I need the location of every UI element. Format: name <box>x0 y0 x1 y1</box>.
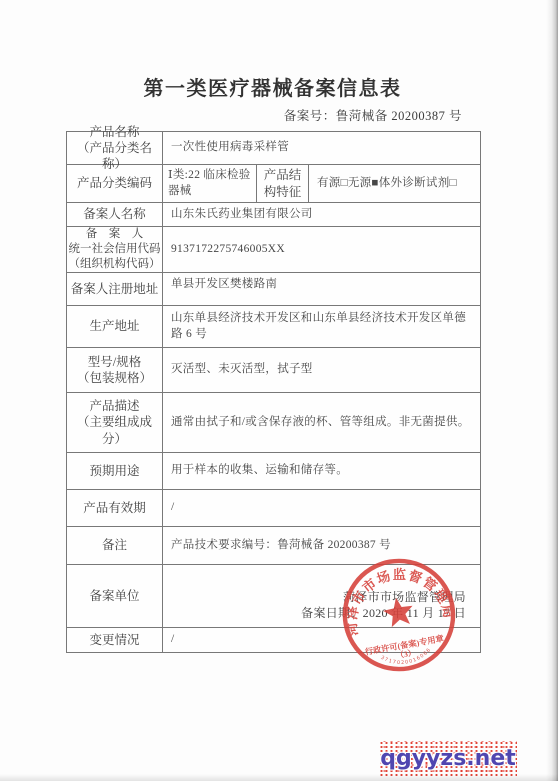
document-page: 第一类医疗器械备案信息表 备案号：鲁菏械备 20200387 号 产品名称 （产… <box>0 0 558 781</box>
table-row-registrant-name: 备案人名称 山东朱氏药业集团有限公司 <box>67 203 480 227</box>
row-value: 产品技术要求编号：鲁菏械备 20200387 号 <box>163 527 480 564</box>
row-label: 备注 <box>67 527 163 564</box>
site-watermark: qgyyzs.net <box>379 741 517 776</box>
row-value: 通常由拭子和/或含保存液的杯、管等组成。非无菌提供。 <box>163 393 480 452</box>
row-value-structure-checkboxes: 有源□无源■体外诊断试剂□ <box>309 165 480 202</box>
row-label: 产品描述 （主要组成成分） <box>67 393 163 452</box>
row-value: 单县开发区樊楼路南 <box>163 273 480 305</box>
table-row-product-description: 产品描述 （主要组成成分） 通常由拭子和/或含保存液的杯、管等组成。非无菌提供。 <box>67 393 480 453</box>
row-value: 灭活型、未灭活型，拭子型 <box>163 348 480 392</box>
table-row-validity-period: 产品有效期 / <box>67 490 480 527</box>
row-value: 山东单县经济技术开发区和山东单县经济技术开发区单德路 6 号 <box>163 306 480 347</box>
row-label: 备案人注册地址 <box>67 273 163 305</box>
table-row-product-name: 产品名称 （产品分类名称） 一次性使用病毒采样管 <box>67 132 480 165</box>
row-value: / <box>163 490 480 526</box>
row-label: 产品有效期 <box>67 490 163 526</box>
table-row-remarks: 备注 产品技术要求编号：鲁菏械备 20200387 号 <box>67 527 480 565</box>
table-row-model-spec: 型号/规格 （包装规格） 灭活型、未灭活型，拭子型 <box>67 348 480 393</box>
scan-edge-bottom <box>0 774 558 781</box>
table-row-intended-use: 预期用途 用于样本的收集、运输和储存等。 <box>67 453 480 490</box>
row-label-structure: 产品结 构特征 <box>257 165 309 202</box>
row-value: 用于样本的收集、运输和储存等。 <box>163 453 480 489</box>
site-watermark-text: qgyyzs.net <box>380 746 516 771</box>
row-label: 预期用途 <box>67 453 163 489</box>
row-label: 备案单位 <box>67 565 163 627</box>
row-label: 变更情况 <box>67 628 163 652</box>
row-value: 一次性使用病毒采样管 <box>163 132 480 164</box>
page-title: 第一类医疗器械备案信息表 <box>66 72 479 101</box>
table-row-filing-authority: 备案单位 菏泽市市场监督管理局 备案日期：2020 年 11 月 17 日 <box>67 565 480 628</box>
row-label: 产品分类编码 <box>67 165 163 202</box>
row-label: 生产地址 <box>67 306 163 347</box>
table-row-production-address: 生产地址 山东单县经济技术开发区和山东单县经济技术开发区单德路 6 号 <box>67 306 480 348</box>
row-label: 型号/规格 （包装规格） <box>67 348 163 392</box>
row-value: 9137172275746005XX <box>163 227 480 272</box>
row-value: 山东朱氏药业集团有限公司 <box>163 203 480 226</box>
row-value-class: Ⅰ类:22 临床检验器械 <box>163 165 257 202</box>
row-label: 备 案 人 统一社会信用代码 （组织机构代码） <box>67 227 163 272</box>
registration-table: 产品名称 （产品分类名称） 一次性使用病毒采样管 产品分类编码 Ⅰ类:22 临床… <box>66 131 481 653</box>
record-number: 备案号：鲁菏械备 20200387 号 <box>66 106 479 124</box>
row-value-authority-date: 菏泽市市场监督管理局 备案日期：2020 年 11 月 17 日 <box>163 565 480 627</box>
table-row-change-status: 变更情况 / <box>67 628 480 652</box>
row-label: 产品名称 （产品分类名称） <box>67 132 163 164</box>
table-row-registered-address: 备案人注册地址 单县开发区樊楼路南 <box>67 273 480 306</box>
table-row-classification-code: 产品分类编码 Ⅰ类:22 临床检验器械 产品结 构特征 有源□无源■体外诊断试剂… <box>67 165 480 203</box>
row-label: 备案人名称 <box>67 203 163 226</box>
table-row-credit-code: 备 案 人 统一社会信用代码 （组织机构代码） 9137172275746005… <box>67 227 480 273</box>
row-value: / <box>163 628 480 652</box>
scan-edge-right <box>546 0 558 781</box>
